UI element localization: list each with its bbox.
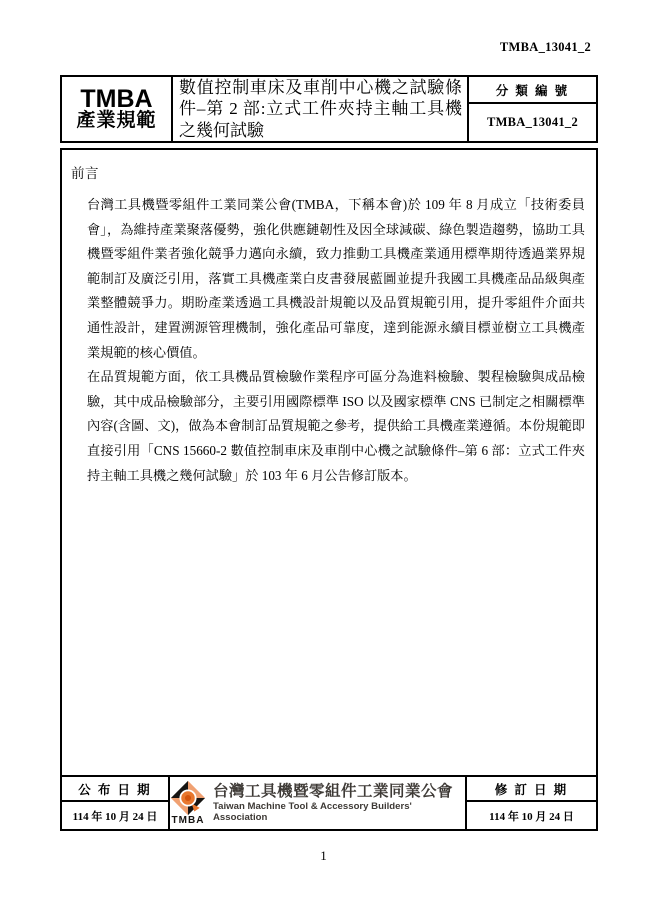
classification-code: TMBA_13041_2 [469,104,596,141]
section-heading-foreword: 前言 [71,162,586,182]
tmba-logo-text: TMBA [172,815,205,826]
tmba-mark-line1: TMBA [80,88,152,111]
page-number: 1 [0,848,647,864]
revision-date-label: 修 訂 日 期 [467,777,596,802]
publish-date-label: 公 布 日 期 [62,777,168,802]
foreword-paragraphs: 台灣工具機暨零組件工業同業公會(TMBA，下稱本會)於 109 年 8 月成立「… [87,193,585,488]
association-names: 台灣工具機暨零組件工業同業公會 Taiwan Machine Tool & Ac… [213,783,465,823]
footer-table: 公 布 日 期 114 年 10 月 24 日 TMBA 台灣工具機暨零組件工業… [60,775,598,831]
spec-title-cell: 數值控制車床及車削中心機之試驗條件–第 2 部:立式工件夾持主軸工具機之幾何試驗 [173,77,467,141]
tmba-logo-block: TMBA [170,780,206,826]
foreword-paragraph-2: 在品質規範方面，依工具機品質檢驗作業程序可區分為進料檢驗、製程檢驗與成品檢驗，其… [87,365,585,488]
doc-ref: TMBA_13041_2 [500,40,591,55]
tmba-logo-icon [170,780,206,816]
revision-date-value: 114 年 10 月 24 日 [467,802,596,829]
association-name-zh: 台灣工具機暨零組件工業同業公會 [213,783,453,801]
header-table: TMBA 產業規範 數值控制車床及車削中心機之試驗條件–第 2 部:立式工件夾持… [60,75,598,143]
association-name-en: Taiwan Machine Tool & Accessory Builders… [213,801,465,823]
publish-date-cell: 公 布 日 期 114 年 10 月 24 日 [62,777,170,829]
foreword-paragraph-1: 台灣工具機暨零組件工業同業公會(TMBA，下稱本會)於 109 年 8 月成立「… [87,193,585,365]
tmba-mark: TMBA 產業規範 [62,77,173,141]
classification-cell: 分 類 編 號 TMBA_13041_2 [467,77,596,141]
spec-title: 數值控制車床及車削中心機之試驗條件–第 2 部:立式工件夾持主軸工具機之幾何試驗 [179,77,462,141]
association-cell: TMBA 台灣工具機暨零組件工業同業公會 Taiwan Machine Tool… [170,777,465,829]
revision-date-cell: 修 訂 日 期 114 年 10 月 24 日 [465,777,596,829]
classification-label: 分 類 編 號 [469,77,596,104]
publish-date-value: 114 年 10 月 24 日 [62,802,168,829]
foreword-box: 前言 台灣工具機暨零組件工業同業公會(TMBA，下稱本會)於 109 年 8 月… [60,148,598,775]
document-page: TMBA_13041_2 TMBA 產業規範 數值控制車床及車削中心機之試驗條件… [0,0,647,921]
tmba-mark-line2: 產業規範 [76,111,156,131]
